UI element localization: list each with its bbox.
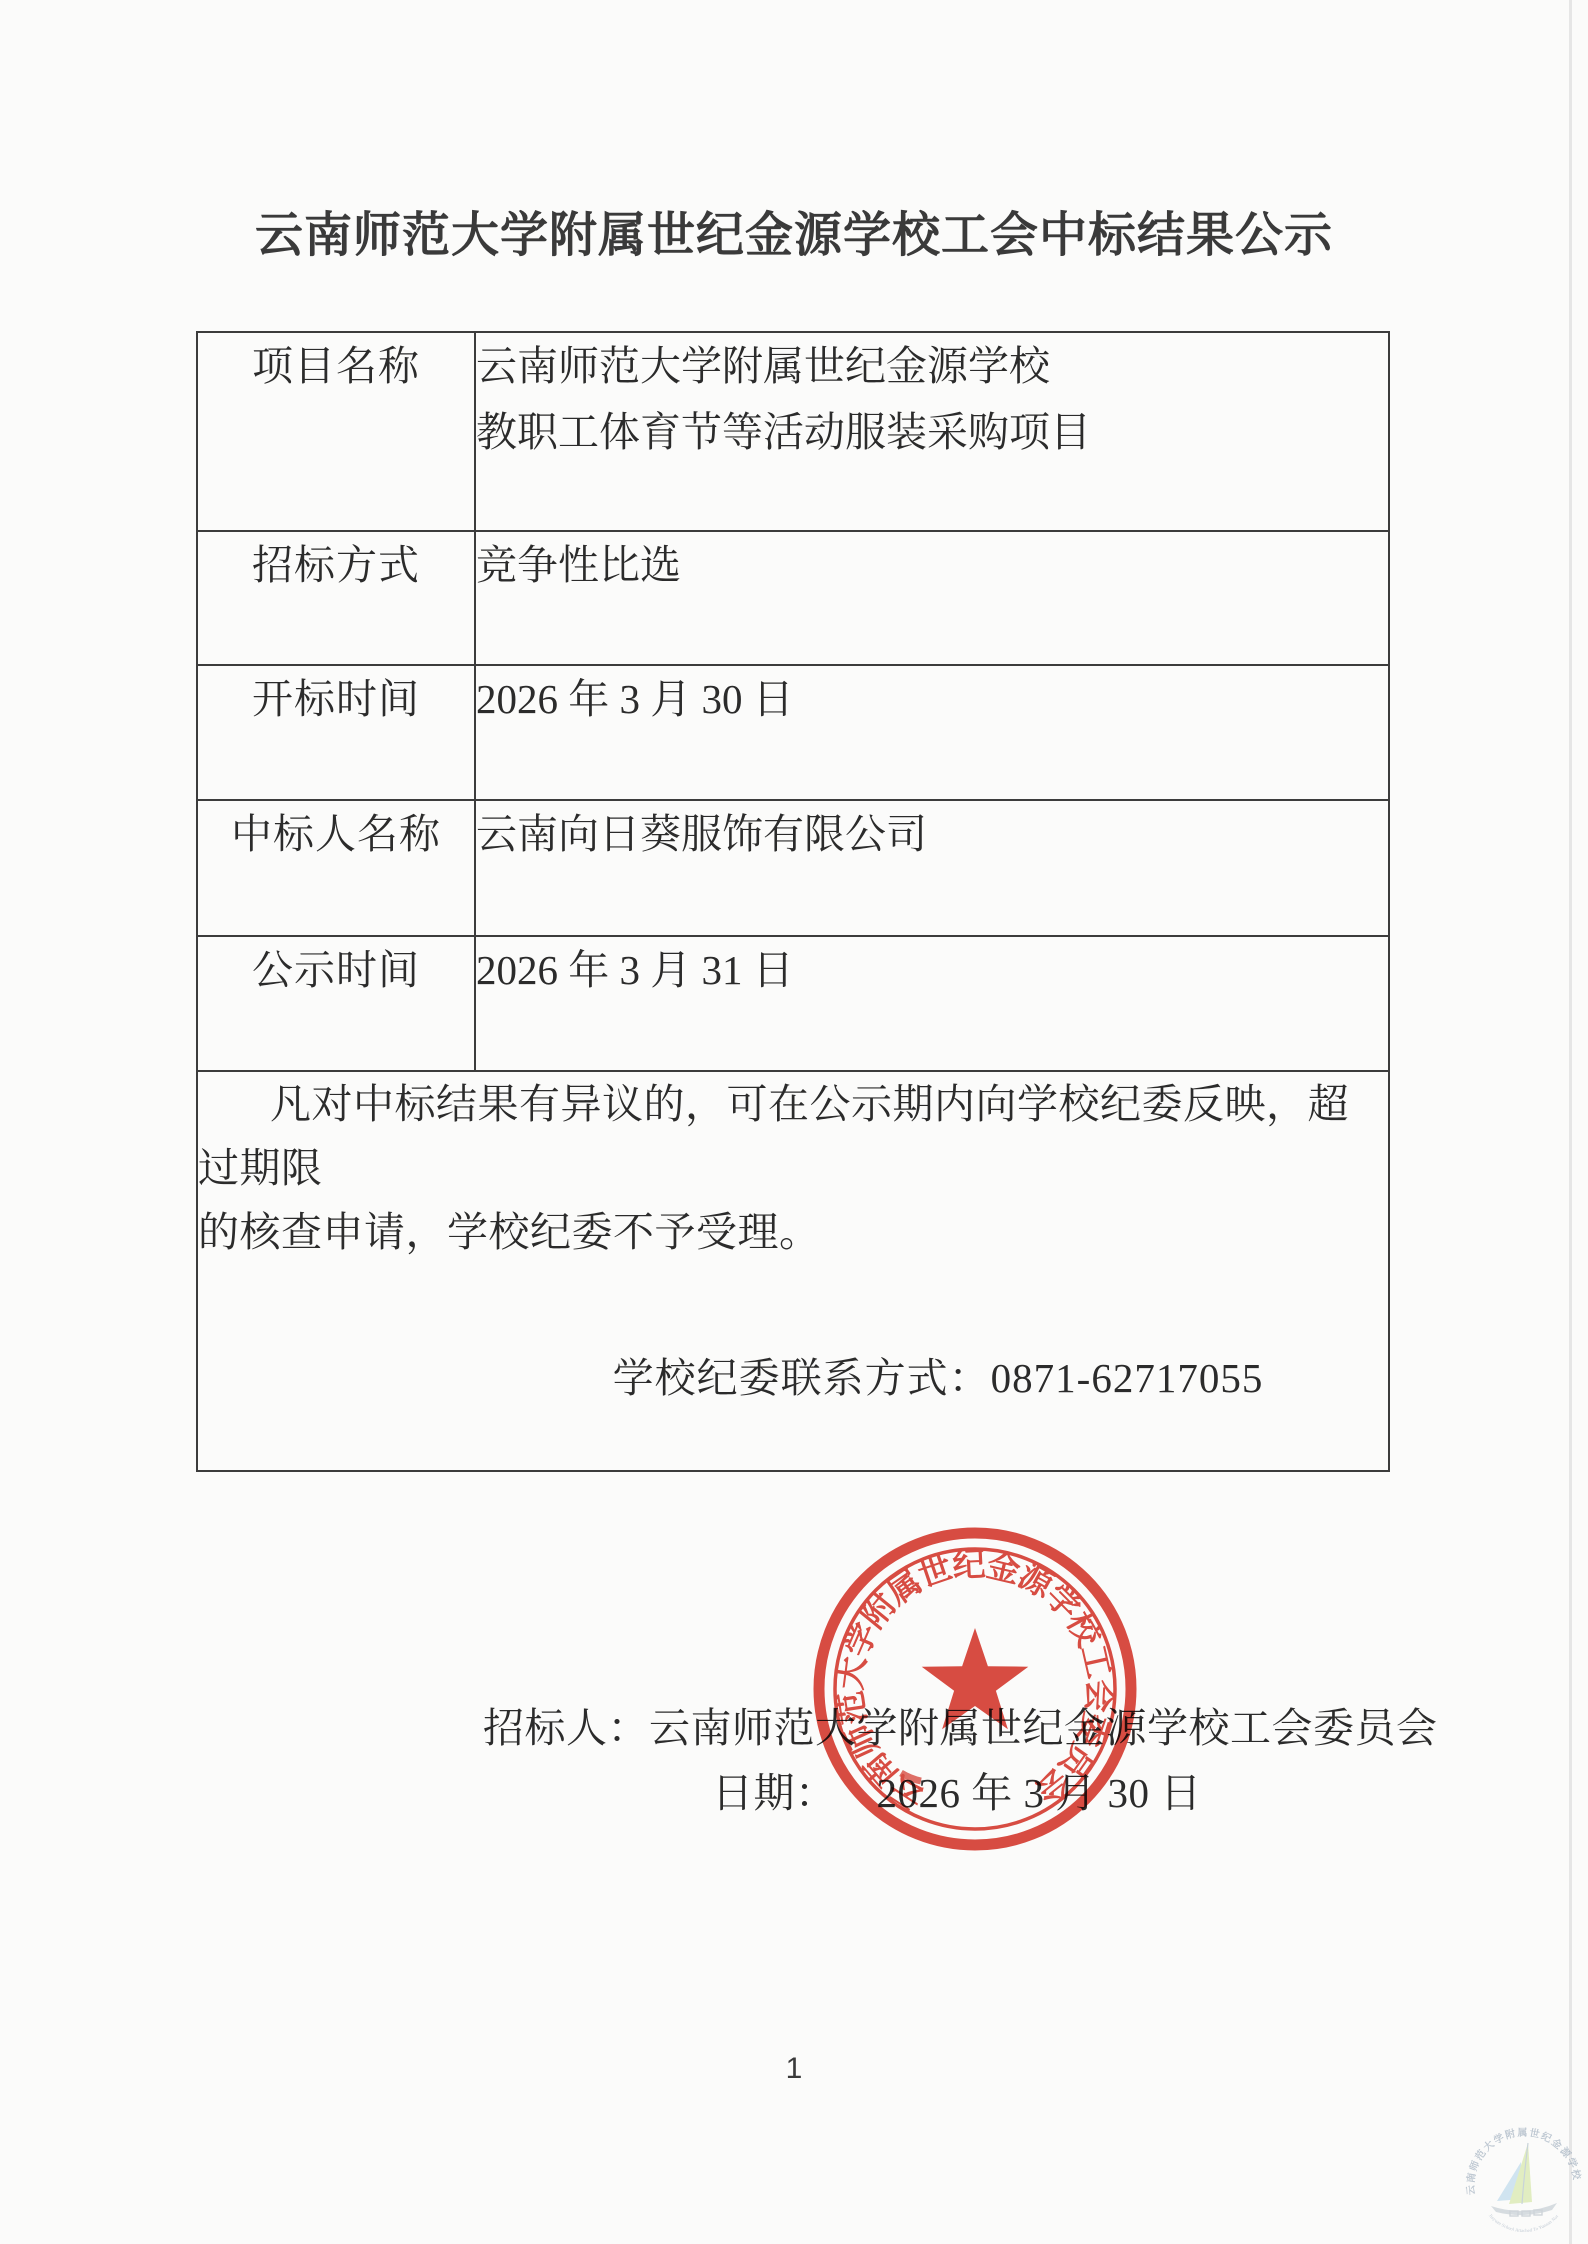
page-title: 云南师范大学附属世纪金源学校工会中标结果公示: [0, 196, 1588, 265]
row-value-winner-name: 云南向日葵服饰有限公司: [475, 800, 1389, 936]
scan-edge-artifact: [1569, 0, 1572, 2244]
document-page: 云南师范大学附属世纪金源学校工会中标结果公示 项目名称 云南师范大学附属世纪金源…: [0, 0, 1588, 2244]
row-label-publicity-time: 公示时间: [197, 936, 475, 1071]
row-value-project-name: 云南师范大学附属世纪金源学校 教职工体育节等活动服装采购项目: [475, 332, 1389, 531]
project-name-line2: 教职工体育节等活动服装采购项目: [476, 399, 1388, 465]
table-row: 项目名称 云南师范大学附属世纪金源学校 教职工体育节等活动服装采购项目: [197, 332, 1389, 531]
table-row-notice: 凡对中标结果有异议的，可在公示期内向学校纪委反映，超过期限 的核查申请，学校纪委…: [197, 1071, 1389, 1471]
table-row: 中标人名称 云南向日葵服饰有限公司: [197, 800, 1389, 936]
table-row: 开标时间 2026 年 3 月 30 日: [197, 665, 1389, 800]
project-name-line1: 云南师范大学附属世纪金源学校: [476, 333, 1388, 399]
row-label-bid-method: 招标方式: [197, 531, 475, 665]
bid-result-table: 项目名称 云南师范大学附属世纪金源学校 教职工体育节等活动服装采购项目 招标方式…: [196, 331, 1390, 1472]
row-label-opening-time: 开标时间: [197, 665, 475, 800]
row-value-bid-method: 竞争性比选: [475, 531, 1389, 665]
row-label-project-name: 项目名称: [197, 332, 475, 531]
star-icon: [922, 1628, 1029, 1729]
official-seal: 云南师范大学附属世纪金源学校工会委员会: [805, 1519, 1145, 1859]
school-logo-watermark: 云南师范大学附属世纪金源学校 Jinyuan School Attached T…: [1464, 2126, 1584, 2244]
notice-paragraph-line1: 凡对中标结果有异议的，可在公示期内向学校纪委反映，超过期限: [198, 1072, 1388, 1200]
row-value-opening-time: 2026 年 3 月 30 日: [475, 665, 1389, 800]
row-label-winner-name: 中标人名称: [197, 800, 475, 936]
table-row: 公示时间 2026 年 3 月 31 日: [197, 936, 1389, 1071]
row-value-publicity-time: 2026 年 3 月 31 日: [475, 936, 1389, 1071]
bidder-label: 招标人：: [483, 1705, 649, 1751]
table-row: 招标方式 竞争性比选: [197, 531, 1389, 665]
page-number: 1: [0, 2052, 1588, 2086]
notice-paragraph-line2: 的核查申请，学校纪委不予受理。: [198, 1200, 1388, 1264]
discipline-committee-contact: 学校纪委联系方式：0871-62717055: [343, 1346, 1533, 1410]
notice-cell: 凡对中标结果有异议的，可在公示期内向学校纪委反映，超过期限 的核查申请，学校纪委…: [197, 1071, 1389, 1471]
